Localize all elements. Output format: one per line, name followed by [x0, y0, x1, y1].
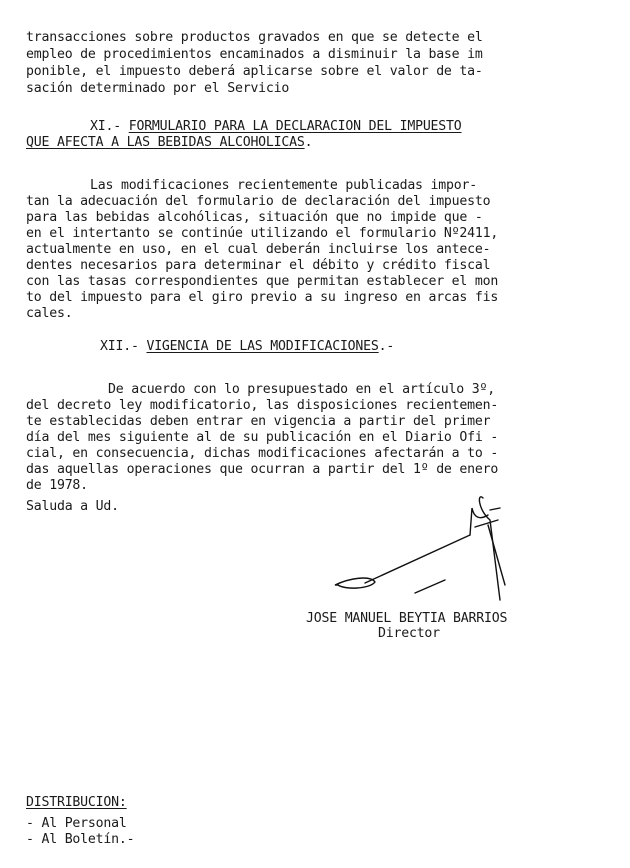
- distribution-item: - Al Boletín.-: [26, 831, 134, 848]
- section-heading-line: XII.- VIGENCIA DE LAS MODIFICACIONES.-: [100, 338, 394, 355]
- section-title-punct: .: [305, 135, 313, 150]
- text-line: das aquellas operaciones que ocurran a p…: [26, 461, 498, 478]
- text-line: Las modificaciones recientemente publica…: [90, 177, 477, 194]
- text-line: tan la adecuación del formulario de decl…: [26, 193, 490, 210]
- text-line: empleo de procedimientos encaminados a d…: [26, 46, 483, 63]
- text-line: con las tasas correspondientes que permi…: [26, 273, 498, 290]
- section-title: QUE AFECTA A LAS BEBIDAS ALCOHOLICAS: [26, 135, 305, 150]
- document-page: transacciones sobre productos gravados e…: [0, 0, 630, 868]
- section-number: XI.-: [90, 119, 121, 134]
- text-line: de 1978.: [26, 477, 88, 494]
- text-line: en el intertanto se continúe utilizando …: [26, 225, 498, 242]
- text-line: sación determinado por el Servicio: [26, 80, 289, 97]
- text-line: ponible, el impuesto deberá aplicarse so…: [26, 63, 483, 80]
- text-line: De acuerdo con lo presupuestado en el ar…: [108, 381, 495, 398]
- section-title-punct: .-: [379, 339, 394, 354]
- closing-salutation: Saluda a Ud.: [26, 498, 119, 515]
- section-title: FORMULARIO PARA LA DECLARACION DEL IMPUE…: [129, 119, 462, 134]
- section-number: XII.-: [100, 339, 139, 354]
- section-heading-line: QUE AFECTA A LAS BEBIDAS ALCOHOLICAS.: [26, 134, 312, 151]
- distribution-item: - Al Personal: [26, 815, 127, 832]
- signature-icon: [330, 490, 530, 630]
- text-line: transacciones sobre productos gravados e…: [26, 29, 483, 46]
- section-title: VIGENCIA DE LAS MODIFICACIONES: [146, 339, 378, 354]
- text-line: cales.: [26, 305, 72, 322]
- section-heading-line: XI.- FORMULARIO PARA LA DECLARACION DEL …: [90, 118, 462, 135]
- text-line: para las bebidas alcohólicas, situación …: [26, 209, 483, 226]
- text-line: actualmente en uso, en el cual deberán i…: [26, 241, 490, 258]
- distribution-label: DISTRIBUCION:: [26, 794, 127, 811]
- text-line: del decreto ley modificatorio, las dispo…: [26, 397, 498, 414]
- text-line: dentes necesarios para determinar el déb…: [26, 257, 490, 274]
- text-line: te establecidas deben entrar en vigencia…: [26, 413, 490, 430]
- text-line: cial, en consecuencia, dichas modificaci…: [26, 445, 498, 462]
- signatory-title: Director: [378, 625, 440, 642]
- text-line: día del mes siguiente al de su publicaci…: [26, 429, 498, 446]
- text-line: to del impuesto para el giro previo a su…: [26, 289, 498, 306]
